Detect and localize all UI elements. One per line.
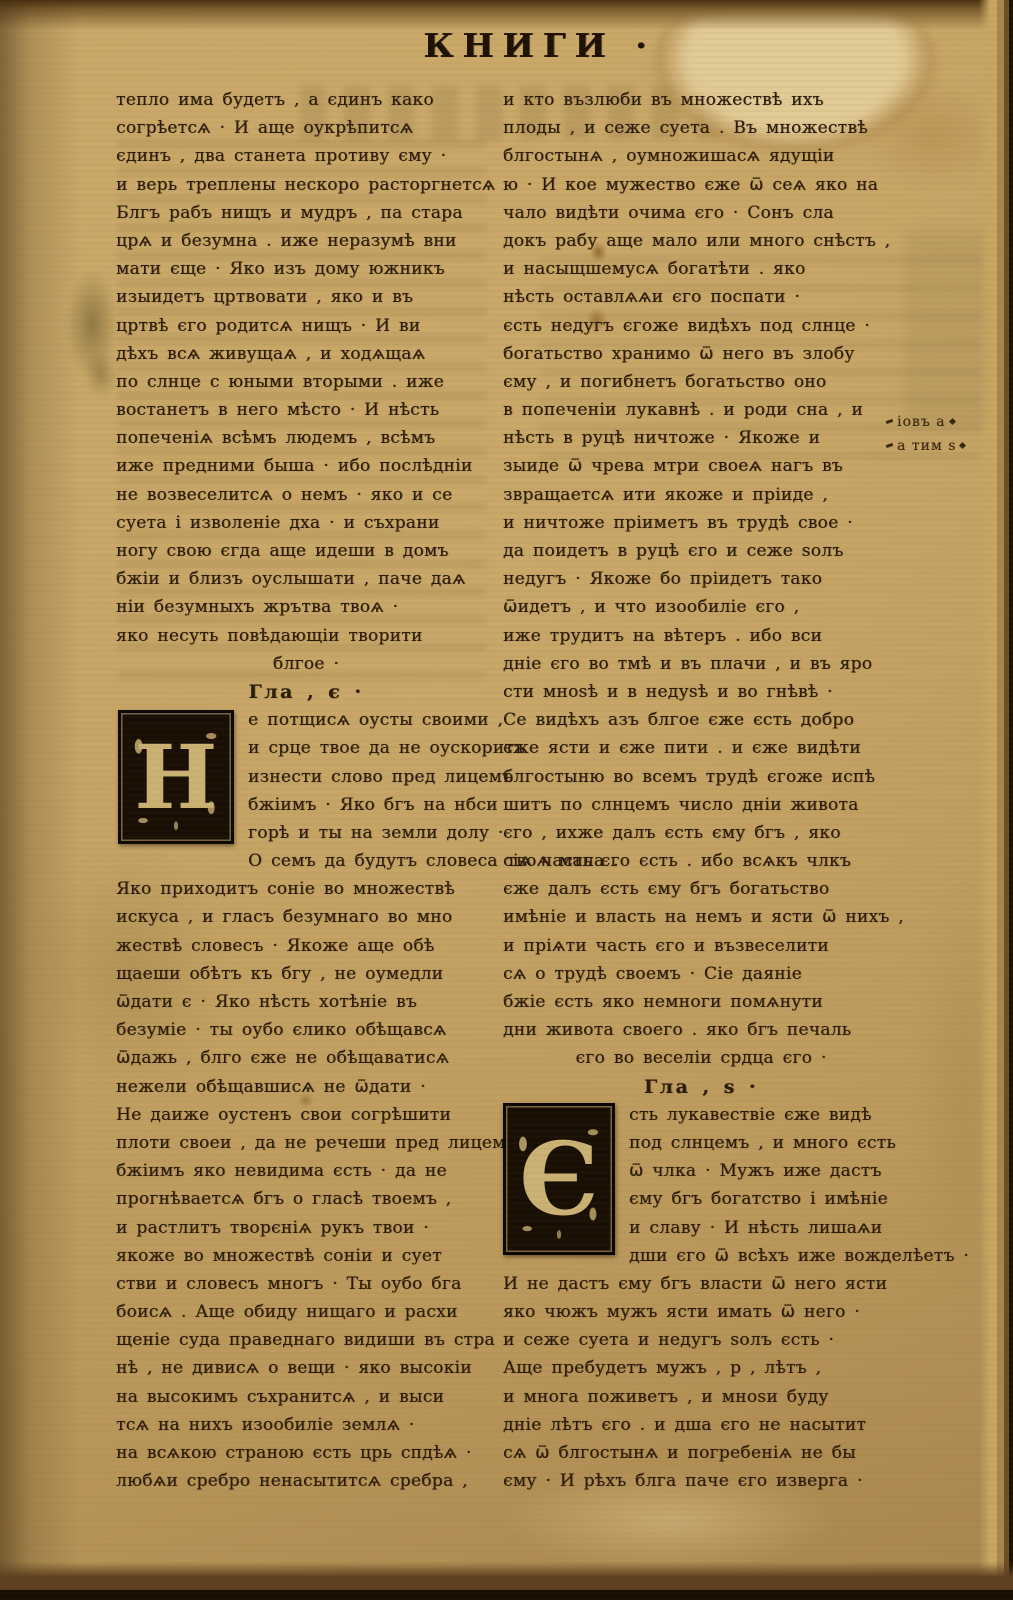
text-line: зыиде ѿ чрева мтри своеѧ нагъ въ — [503, 452, 899, 480]
text-line: яко чюжъ мужъ ясти имать ѿ него · — [503, 1298, 899, 1326]
text-line: И не дастъ єму бгъ власти ѿ него ясти — [503, 1270, 899, 1298]
text-line: да поидетъ в руцѣ єго и сеже ѕолъ — [503, 537, 899, 565]
text-line: нѣсть оставлѧѧи єго поспати · — [503, 283, 899, 311]
text-line: и многа поживетъ , и мноѕи буду — [503, 1383, 899, 1411]
text-line: єже ясти и єже пити . и єже видѣти — [503, 734, 899, 762]
text-line: докъ рабу аще мало или много снѣстъ , — [503, 227, 899, 255]
text-line: црѧ и безумна . иже неразумѣ вни — [116, 227, 496, 255]
margin-ornament-icon — [959, 441, 966, 448]
text-line: нежели обѣщавшисѧ не ѿдати · — [116, 1073, 496, 1101]
text-line: якоже во множествѣ соніи и сует — [116, 1242, 496, 1270]
text-line: и растлитъ творєніѧ рукъ твои · — [116, 1214, 496, 1242]
text-line: Се видѣхъ азъ блгое єже єсть добро — [503, 706, 899, 734]
margin-gloss-text: іовъ а — [897, 414, 946, 430]
text-line: сѧ ѿ блгостынѧ и погребеніѧ не бы — [503, 1439, 899, 1467]
text-line: нѣсть в руцѣ ничтоже · Якоже и — [503, 424, 899, 452]
text-line: попеченіѧ всѣмъ людемъ , всѣмъ — [116, 424, 496, 452]
text-line: Яко приходитъ соніе во множествѣ — [116, 875, 496, 903]
text-line: єже далъ єсть єму бгъ богатьство — [503, 875, 899, 903]
text-line: чало видѣти очима єго · Сонъ сла — [503, 199, 899, 227]
text-line: дніе лѣтъ єго . и дша єго не насытит — [503, 1411, 899, 1439]
chapter-heading-5: Гла , є · — [116, 678, 496, 706]
text-line: єму , и погибнетъ богатьство оно — [503, 368, 899, 396]
text-line: звращаетсѧ ити якоже и пріиде , — [503, 481, 899, 509]
centered-line: блгое · — [116, 650, 496, 678]
margin-gloss-text: а тим ѕ — [897, 438, 956, 454]
book-page-scan: КНИГИ · тепло има будетъ , а єдинъ какос… — [0, 0, 1013, 1600]
page-edge-left — [0, 0, 80, 1600]
text-line: любѧи сребро ненасытитсѧ сребра , — [116, 1467, 496, 1495]
text-line: сіѧ часть єго єсть . ибо всѧкъ члкъ — [503, 847, 899, 875]
text-line: ѿдати є · Яко нѣсть хотѣніе въ — [116, 988, 496, 1016]
text-line: согрѣетсѧ · И аще оукрѣпитсѧ — [116, 114, 496, 142]
text-line: на всѧкою страною єсть црь спдѣѧ · — [116, 1439, 496, 1467]
text-line: єсть недугъ єгоже видѣхъ под слнце · — [503, 312, 899, 340]
text-line: яко несуть повѣдающіи творити — [116, 622, 496, 650]
text-line: иже предними быша · ибо послѣдніи — [116, 452, 496, 480]
text-line: безуміе · ты оубо єлико обѣщавсѧ — [116, 1016, 496, 1044]
text-line: тепло има будетъ , а єдинъ како — [116, 86, 496, 114]
text-line: тсѧ на нихъ изообиліе землѧ · — [116, 1411, 496, 1439]
text-line: О семъ да будутъ словеса твоѧ мала . — [116, 847, 496, 875]
text-column-left: тепло има будетъ , а єдинъ какосогрѣетсѧ… — [116, 86, 496, 1495]
running-header: КНИГИ · — [0, 26, 1013, 65]
text-line: жествѣ словесъ · Якоже аще обѣ — [116, 932, 496, 960]
text-line: шитъ по слнцемъ число дніи живота — [503, 791, 899, 819]
text-line: ѿдажь , блго єже не обѣщаватисѧ — [116, 1044, 496, 1072]
text-line: дніе єго во тмѣ и въ плачи , и въ яро — [503, 650, 899, 678]
text-line: щеніе суда праведнаго видиши въ стра — [116, 1326, 496, 1354]
text-line: ногу свою єгда аще идеши в домъ — [116, 537, 496, 565]
text-block: и кто възлюби въ множествѣ ихъплоды , и … — [503, 86, 899, 1044]
text-line: востанетъ в него мѣсто · И нѣсть — [116, 396, 496, 424]
stain — [86, 352, 116, 396]
text-line: нѣ , не дивисѧ о вещи · яко высокіи — [116, 1354, 496, 1382]
text-line: изыидетъ цртвовати , яко и въ — [116, 283, 496, 311]
text-line: имѣніе и власть на немъ и ясти ѿ нихъ , — [503, 903, 899, 931]
text-line: бжіе єсть яко немноги помѧнути — [503, 988, 899, 1016]
text-line: бжіи и близъ оуслышати , паче даѧ — [116, 565, 496, 593]
text-line: єму · И рѣхъ блга паче єго изверга · — [503, 1467, 899, 1495]
chapter-heading-6: Гла , ѕ · — [503, 1073, 899, 1101]
text-block: тепло има будетъ , а єдинъ какосогрѣетсѧ… — [116, 86, 496, 650]
text-line: в попеченіи лукавнѣ . и роди сна , и — [503, 396, 899, 424]
margin-ornament-icon — [886, 442, 894, 447]
margin-ornament-icon — [886, 418, 894, 423]
text-line: и ничтоже пріиметъ въ трудѣ свое · — [503, 509, 899, 537]
text-line: суета і изволеніе дха · и съхрани — [116, 509, 496, 537]
text-line: плоды , и сеже суета . Въ множествѣ — [503, 114, 899, 142]
text-line: и сеже суета и недугъ ѕолъ єсть · — [503, 1326, 899, 1354]
text-line: Аще пребудетъ мужъ , р , лѣтъ , — [503, 1354, 899, 1382]
text-line: ніи безумныхъ жрътва твоѧ · — [116, 593, 496, 621]
text-line: мати єще · Яко изъ дому южникъ — [116, 255, 496, 283]
text-line: и кто възлюби въ множествѣ ихъ — [503, 86, 899, 114]
text-line: по слнце с юными вторыми . иже — [116, 368, 496, 396]
text-line: боисѧ . Аще обиду нищаго и расхи — [116, 1298, 496, 1326]
text-line: богатьство хранимо ѿ него въ злобу — [503, 340, 899, 368]
text-line: цртвѣ єго родитсѧ нищъ · И ви — [116, 312, 496, 340]
text-line: и верь треплены нескоро расторгнетсѧ — [116, 171, 496, 199]
text-line: Не даиже оустенъ свои согрѣшити — [116, 1101, 496, 1129]
text-line: сѧ о трудѣ своемъ · Сіе даяніе — [503, 960, 899, 988]
text-line: сти мноѕѣ и в недуѕѣ и во гнѣвѣ · — [503, 678, 899, 706]
text-line: и насыщшемусѧ богатѣти . яко — [503, 255, 899, 283]
text-column-right: и кто възлюби въ множествѣ ихъплоды , и … — [503, 86, 899, 1495]
page-edge-bottom — [0, 1562, 1013, 1600]
text-line: ю · И кое мужество єже ѿ сеѧ яко на — [503, 171, 899, 199]
page-edge-top — [0, 0, 1013, 30]
text-line: дни живота своего . яко бгъ печаль — [503, 1016, 899, 1044]
text-line: єдинъ , два станета противу єму · — [116, 142, 496, 170]
page-edge-right — [979, 0, 1013, 1600]
centered-line: єго во веселіи срдца єго · — [503, 1044, 899, 1072]
ornate-initial-letter: Н — [118, 710, 234, 844]
text-line: єго , ихже далъ єсть єму бгъ , яко — [503, 819, 899, 847]
text-line: на высокимъ съхранитсѧ , и выси — [116, 1383, 496, 1411]
text-line: дѣхъ всѧ живущаѧ , и ходѧщаѧ — [116, 340, 496, 368]
text-line: Блгъ рабъ нищъ и мудръ , па стара — [116, 199, 496, 227]
text-line: иже трудитъ на вѣтеръ . ибо вси — [503, 622, 899, 650]
text-line: искуса , и гласъ безумнаго во мно — [116, 903, 496, 931]
ornate-initial-letter: Є — [503, 1103, 615, 1255]
text-line: щаеши обѣтъ къ бгу , не оумедли — [116, 960, 496, 988]
text-line: недугъ · Якоже бо пріидетъ тако — [503, 565, 899, 593]
text-line: и пріѧти часть єго и възвеселити — [503, 932, 899, 960]
text-line: прогнѣваетсѧ бгъ о гласѣ твоемъ , — [116, 1185, 496, 1213]
text-line: плоти своеи , да не речеши пред лицемъ — [116, 1129, 496, 1157]
text-line: не возвеселитсѧ о немъ · яко и се — [116, 481, 496, 509]
text-line: ѿидетъ , и что изообиліе єго , — [503, 593, 899, 621]
text-line: блгостынѧ , оумножишасѧ ядущіи — [503, 142, 899, 170]
margin-ornament-icon — [948, 417, 955, 424]
text-line: блгостыню во всемъ трудѣ єгоже испѣ — [503, 763, 899, 791]
text-line: бжіимъ яко невидима єсть · да не — [116, 1157, 496, 1185]
text-line: стви и словесъ многъ · Ты оубо бга — [116, 1270, 496, 1298]
